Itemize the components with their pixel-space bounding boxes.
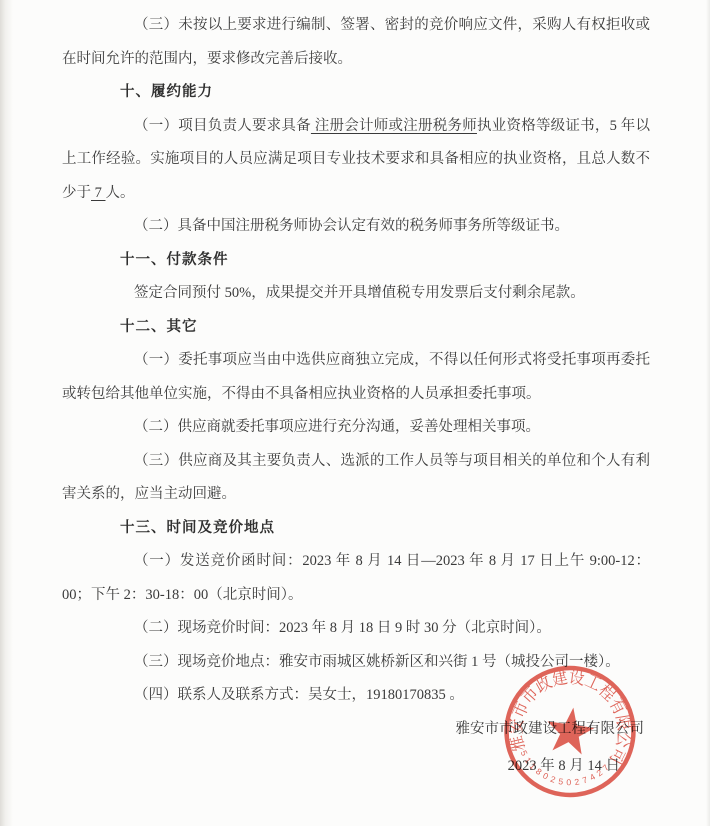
clause-13-2: （二）现场竞价时间：2023 年 8 月 18 日 9 时 30 分（北京时间）… <box>62 612 650 646</box>
clause-13-4: （四）联系人及联系方式：吴女士，19180170835 。 <box>62 679 650 713</box>
section-10-heading: 十、履约能力 <box>120 76 650 110</box>
clause-12-2: （二）供应商就委托事项应进行充分沟通，妥善处理相关事项。 <box>62 411 650 445</box>
signature-date: 2023 年 8 月 14 日 <box>62 750 650 784</box>
document-body: （三）未按以上要求进行编制、签署、密封的竞价响应文件，采购人有权拒收或在时间允许… <box>62 9 650 784</box>
clause-reject-paragraph: （三）未按以上要求进行编制、签署、密封的竞价响应文件，采购人有权拒收或在时间允许… <box>62 9 650 76</box>
section-12-heading: 十二、其它 <box>120 311 650 345</box>
clause-10-1-underlined-certs: 注册会计师或注册税务师 <box>311 118 477 134</box>
clause-12-1: （一）委托事项应当由中选供应商独立完成，不得以任何形式将受托事项再委托或转包给其… <box>62 344 650 411</box>
clause-13-3: （三）现场竞价地点：雅安市雨城区姚桥新区和兴街 1 号（城投公司一楼）。 <box>62 646 650 680</box>
section-11-heading: 十一、付款条件 <box>120 244 650 278</box>
clause-10-1-underlined-count: 7 <box>91 185 106 201</box>
clause-10-1-text-end: 人。 <box>106 185 135 201</box>
clause-10-1-text: （一）项目负责人要求具备 <box>134 118 311 134</box>
clause-10-2: （二）具备中国注册税务师协会认定有效的税务师事务所等级证书。 <box>62 210 650 244</box>
clause-11-payment: 签定合同预付 50%，成果提交并开具增值税专用发票后支付剩余尾款。 <box>62 277 650 311</box>
section-13-heading: 十三、时间及竞价地点 <box>120 512 650 546</box>
clause-13-1: （一）发送竞价函时间：2023 年 8 月 14 日—2023 年 8 月 17… <box>62 545 650 612</box>
clause-10-1: （一）项目负责人要求具备 注册会计师或注册税务师执业资格等级证书，5 年以上工作… <box>62 110 650 211</box>
clause-12-3: （三）供应商及其主要负责人、选派的工作人员等与项目相关的单位和个人有利害关系的，… <box>62 445 650 512</box>
document-page: （三）未按以上要求进行编制、签署、密封的竞价响应文件，采购人有权拒收或在时间允许… <box>0 0 710 826</box>
signature-company-name: 雅安市市政建设工程有限公司 <box>62 713 650 747</box>
